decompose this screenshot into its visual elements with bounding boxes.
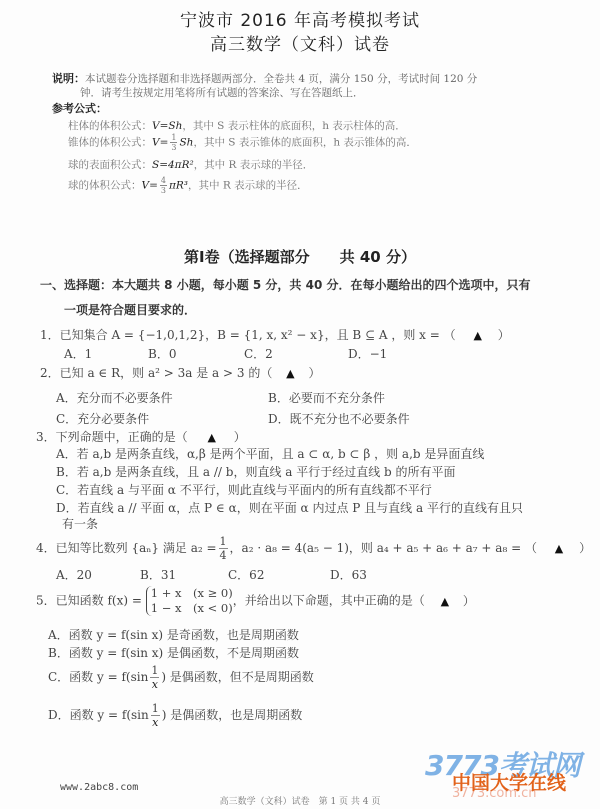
question-number: 1．	[40, 328, 60, 342]
denominator: x	[150, 678, 159, 691]
q5-option-a: A．函数 y = f(sin x) 是奇函数，也是周期函数	[48, 626, 299, 643]
numerator: 4	[160, 176, 167, 186]
answer-triangle-icon: ▲	[207, 431, 215, 444]
q1-option-c: C．2	[244, 345, 273, 362]
option-text: D．函数 y = f(sin	[48, 708, 149, 722]
formulas-label: 参考公式：	[52, 100, 107, 116]
question-3: 3．下列命题中，正确的是（ ▲ ）	[36, 428, 246, 445]
instructions-line2: 钟．请考生按规定用笔将所有试题的答案涂、写在答题纸上．	[80, 85, 364, 100]
question-stem: 已知集合 A = {−1,0,1,2}，B = {1, x, x² − x}，且…	[60, 328, 456, 342]
formula-sphere-area: 球的表面积公式：S=4πR²，其中 R 表示球的半径．	[68, 157, 313, 172]
option-text: ) 是偶函数，但不是周期函数	[161, 670, 314, 684]
numerator: 1	[151, 702, 160, 716]
q3-option-d: D．若直线 a // 平面 α，点 P ∈ α，则在平面 α 内过点 P 且与直…	[56, 499, 523, 516]
option-text: ) 是偶函数，也是周期函数	[162, 708, 303, 722]
q5-option-c: C．函数 y = f(sin1x) 是偶函数，但不是周期函数	[48, 664, 314, 691]
fraction: 13	[170, 133, 177, 152]
q5-option-b: B．函数 y = f(sin x) 是偶函数，不是周期函数	[48, 644, 299, 661]
denominator: 3	[170, 143, 177, 152]
formula-prefix: 球的体积公式：	[68, 180, 142, 192]
q1-option-d: D．−1	[348, 345, 387, 362]
formula-expr: Sh	[179, 137, 193, 149]
answer-triangle-icon: ▲	[286, 367, 294, 380]
q3-option-a: A．若 a,b 是两条直线，α,β 是两个平面，且 a ⊂ α, b ⊂ β ，…	[56, 445, 484, 462]
q1-option-a: A．1	[64, 345, 92, 362]
answer-triangle-icon: ▲	[555, 542, 563, 555]
instructions-line1: 说明：本试题卷分选择题和非选择题两部分．全卷共 4 页，满分 150 分，考试时…	[52, 70, 477, 86]
formula-suffix: ，其中 S 表示锥体的底面积，h 表示锥体的高．	[193, 137, 416, 149]
exam-subtitle: 高三数学（文科）试卷	[0, 30, 600, 55]
q2-option-a: A．充分而不必要条件	[56, 389, 173, 406]
close-paren: ）	[498, 328, 510, 342]
question-number: 5．	[36, 594, 56, 608]
formula-suffix: ，其中 R 表示球的半径．	[188, 180, 308, 192]
q5-option-d: D．函数 y = f(sin1x) 是偶函数，也是周期函数	[48, 702, 302, 729]
formula-prefix: 球的表面积公式：	[68, 159, 152, 171]
formula-expr: V=Sh	[152, 120, 182, 132]
q1-option-b: B．0	[148, 345, 176, 362]
denominator: x	[151, 716, 160, 729]
q3-option-b: B．若 a,b 是两条直线，且 a // b，则直线 a 平行于经过直线 b 的…	[56, 463, 456, 480]
fraction: 1x	[151, 702, 160, 729]
formula-suffix: ，其中 R 表示球的半径．	[194, 159, 314, 171]
watermark-url: www.2abc8.com	[60, 782, 138, 793]
close-paren: ）	[234, 430, 246, 444]
question-number: 3．	[36, 430, 56, 444]
formula-sphere-volume: 球的体积公式：V=43πR³，其中 R 表示球的半径．	[68, 176, 308, 195]
option-text: C．函数 y = f(sin	[48, 670, 148, 684]
question-stem: 下列命题中，正确的是（	[56, 430, 188, 444]
question-2: 2．已知 a ∈ R，则 a² > 3a 是 a > 3 的（ ▲ ）	[40, 364, 320, 381]
close-paren: ）	[579, 541, 591, 555]
section-instruction-line2: 一项是符合题目要求的．	[64, 301, 196, 318]
denominator: 4	[219, 549, 228, 562]
formula-expr: V=	[142, 180, 158, 192]
piece-2: 1 − x (x < 0)	[151, 601, 233, 616]
instructions-text1: 本试题卷分选择题和非选择题两部分．全卷共 4 页，满分 150 分，考试时间 1…	[85, 73, 477, 85]
numerator: 1	[150, 664, 159, 678]
q2-option-d: D．既不充分也不必要条件	[268, 410, 410, 427]
section-title: 第Ⅰ卷（选择题部分 共 40 分）	[0, 246, 600, 267]
answer-triangle-icon: ▲	[441, 595, 449, 608]
q4-option-d: D．63	[330, 566, 367, 583]
logo-subtitle: 中国大学在线	[452, 768, 566, 795]
piece-1: 1 + x (x ≥ 0)	[151, 586, 233, 601]
question-stem: ，并给出以下命题，其中正确的是（	[233, 594, 425, 608]
denominator: 3	[160, 186, 167, 195]
question-number: 4．	[36, 541, 56, 555]
question-stem: 已知函数 f(x) =	[56, 594, 142, 608]
question-stem: 已知等比数列 {aₙ} 满足 a₂ =	[56, 541, 217, 555]
q4-option-a: A．20	[56, 566, 92, 583]
formula-cone: 锥体的体积公式：V=13Sh，其中 S 表示锥体的底面积，h 表示锥体的高．	[68, 133, 417, 152]
exam-title: 宁波市 2016 年高考模拟考试	[0, 6, 600, 31]
formula-expr: V=	[152, 137, 168, 149]
q2-option-b: B．必要而不充分条件	[268, 389, 385, 406]
numerator: 1	[170, 133, 177, 143]
fraction: 43	[160, 176, 167, 195]
formula-prefix: 锥体的体积公式：	[68, 137, 152, 149]
formula-prefix: 柱体的体积公式：	[68, 120, 152, 132]
question-number: 2．	[40, 366, 60, 380]
close-paren: ）	[308, 366, 320, 380]
numerator: 1	[219, 535, 228, 549]
question-5: 5．已知函数 f(x) = 1 + x (x ≥ 0)1 − x (x < 0)…	[36, 586, 475, 616]
answer-triangle-icon: ▲	[473, 329, 481, 342]
formula-suffix: ，其中 S 表示柱体的底面积，h 表示柱体的高．	[182, 120, 405, 132]
question-stem: ，a₂ · a₈ = 4(a₅ − 1)，则 a₄ + a₅ + a₆ + a₇…	[230, 541, 537, 555]
question-stem: 已知 a ∈ R，则 a² > 3a 是 a > 3 的（	[60, 366, 273, 380]
fraction: 1x	[150, 664, 159, 691]
q4-option-c: C．62	[228, 566, 264, 583]
q3-option-c: C．若直线 a 与平面 α 不平行，则此直线与平面内的所有直线都不平行	[56, 481, 432, 498]
q4-option-b: B．31	[140, 566, 176, 583]
question-4: 4．已知等比数列 {aₙ} 满足 a₂ =14，a₂ · a₈ = 4(a₅ −…	[36, 535, 591, 562]
formula-expr: S=4πR²	[152, 159, 194, 171]
fraction: 14	[219, 535, 228, 562]
instructions-label: 说明：	[52, 72, 85, 85]
formula-expr: πR³	[169, 180, 188, 192]
q3-option-d-cont: 有一条	[62, 515, 98, 532]
piecewise-definition: 1 + x (x ≥ 0)1 − x (x < 0)	[146, 586, 233, 616]
q2-option-c: C．充分必要条件	[56, 410, 149, 427]
formula-prism: 柱体的体积公式：V=Sh，其中 S 表示柱体的底面积，h 表示柱体的高．	[68, 118, 406, 133]
close-paren: ）	[463, 594, 475, 608]
question-1: 1．已知集合 A = {−1,0,1,2}，B = {1, x, x² − x}…	[40, 326, 510, 343]
section-instruction-line1: 一、选择题：本大题共 8 小题，每小题 5 分，共 40 分．在每小题给出的四个…	[40, 276, 530, 293]
